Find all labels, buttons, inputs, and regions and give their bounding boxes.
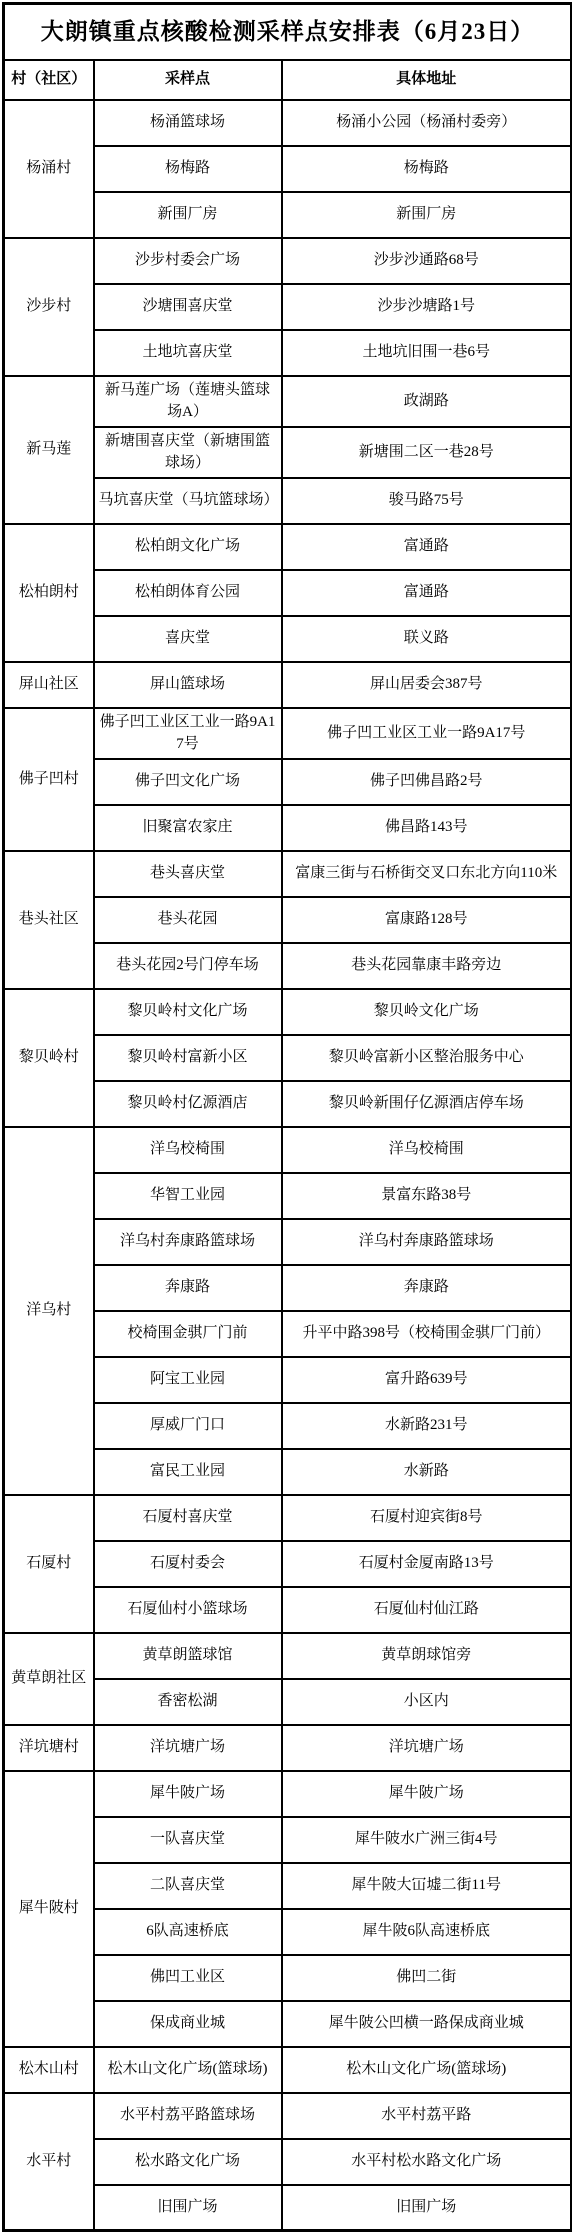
address-cell: 黎贝岭新围仔亿源酒店停车场 [282,1081,572,1127]
sampling-point-cell: 巷头喜庆堂 [94,851,282,897]
sampling-point-cell: 佛凹工业区 [94,1955,282,2001]
address-cell: 联义路 [282,616,572,662]
village-cell: 洋乌村 [4,1127,94,1495]
sampling-point-cell: 香密松湖 [94,1679,282,1725]
address-cell: 屏山居委会387号 [282,662,572,708]
address-cell: 富康路128号 [282,897,572,943]
address-cell: 犀牛陂广场 [282,1771,572,1817]
address-cell: 升平中路398号（校椅围金骐厂门前） [282,1311,572,1357]
sampling-point-cell: 华智工业园 [94,1173,282,1219]
sampling-point-cell: 杨梅路 [94,146,282,192]
sampling-point-cell: 土地坑喜庆堂 [94,330,282,376]
address-cell: 新塘围二区一巷28号 [282,427,572,478]
village-cell: 黄草朗社区 [4,1633,94,1725]
village-cell: 松木山村 [4,2047,94,2093]
sampling-point-cell: 黎贝岭村亿源酒店 [94,1081,282,1127]
address-cell: 景富东路38号 [282,1173,572,1219]
sampling-point-cell: 6队高速桥底 [94,1909,282,1955]
village-cell: 屏山社区 [4,662,94,708]
address-cell: 佛子凹佛昌路2号 [282,759,572,805]
village-cell: 犀牛陂村 [4,1771,94,2047]
table-body: 杨涌村杨涌篮球场杨涌小公园（杨涌村委旁）杨梅路杨梅路新围厂房新围厂房沙步村沙步村… [4,100,572,2231]
sampling-point-cell: 沙步村委会广场 [94,238,282,284]
address-cell: 佛昌路143号 [282,805,572,851]
table-row: 水平村水平村荔平路篮球场水平村荔平路 [4,2093,572,2139]
address-cell: 犀牛陂水广洲三街4号 [282,1817,572,1863]
address-cell: 沙步沙通路68号 [282,238,572,284]
sampling-point-cell: 黎贝岭村文化广场 [94,989,282,1035]
sampling-point-cell: 保成商业城 [94,2001,282,2047]
village-cell: 松柏朗村 [4,524,94,662]
sampling-point-cell: 洋乌村奔康路篮球场 [94,1219,282,1265]
sampling-point-cell: 佛子凹文化广场 [94,759,282,805]
address-cell: 富通路 [282,524,572,570]
column-header-village: 村（社区） [4,60,94,100]
sampling-point-cell: 新马莲广场（莲塘头篮球场A） [94,376,282,427]
table-row: 杨涌村杨涌篮球场杨涌小公园（杨涌村委旁） [4,100,572,146]
address-cell: 杨涌小公园（杨涌村委旁） [282,100,572,146]
village-cell: 洋坑塘村 [4,1725,94,1771]
address-cell: 政湖路 [282,376,572,427]
address-cell: 杨梅路 [282,146,572,192]
title-row: 大朗镇重点核酸检测采样点安排表（6月23日） [4,4,572,60]
sampling-point-cell: 厚威厂门口 [94,1403,282,1449]
sampling-point-cell: 沙塘围喜庆堂 [94,284,282,330]
village-cell: 新马莲 [4,376,94,524]
sampling-point-cell: 佛子凹工业区工业一路9A17号 [94,708,282,759]
column-header-address: 具体地址 [282,60,572,100]
sampling-point-cell: 杨涌篮球场 [94,100,282,146]
address-cell: 水新路 [282,1449,572,1495]
address-cell: 富升路639号 [282,1357,572,1403]
address-cell: 富康三街与石桥街交叉口东北方向110米 [282,851,572,897]
address-cell: 旧围广场 [282,2185,572,2231]
sampling-point-cell: 校椅围金骐厂门前 [94,1311,282,1357]
address-cell: 水平村荔平路 [282,2093,572,2139]
sampling-point-cell: 旧聚富农家庄 [94,805,282,851]
sampling-point-cell: 新塘围喜庆堂（新塘围篮球场） [94,427,282,478]
address-cell: 犀牛陂公凹横一路保成商业城 [282,2001,572,2047]
column-header-sampling-point: 采样点 [94,60,282,100]
table-row: 沙步村沙步村委会广场沙步沙通路68号 [4,238,572,284]
address-cell: 犀牛陂大冚墟二街11号 [282,1863,572,1909]
sampling-point-cell: 石厦村喜庆堂 [94,1495,282,1541]
sampling-point-cell: 犀牛陂广场 [94,1771,282,1817]
sampling-point-cell: 喜庆堂 [94,616,282,662]
address-cell: 洋坑塘广场 [282,1725,572,1771]
sampling-point-cell: 巷头花园2号门停车场 [94,943,282,989]
table-row: 犀牛陂村犀牛陂广场犀牛陂广场 [4,1771,572,1817]
table-row: 佛子凹村佛子凹工业区工业一路9A17号佛子凹工业区工业一路9A17号 [4,708,572,759]
village-cell: 石厦村 [4,1495,94,1633]
address-cell: 黄草朗球馆旁 [282,1633,572,1679]
address-cell: 奔康路 [282,1265,572,1311]
address-cell: 新围厂房 [282,192,572,238]
address-cell: 黎贝岭文化广场 [282,989,572,1035]
sampling-point-cell: 二队喜庆堂 [94,1863,282,1909]
table-row: 洋乌村洋乌校椅围洋乌校椅围 [4,1127,572,1173]
sampling-point-cell: 水平村荔平路篮球场 [94,2093,282,2139]
village-cell: 沙步村 [4,238,94,376]
village-cell: 杨涌村 [4,100,94,238]
address-cell: 佛子凹工业区工业一路9A17号 [282,708,572,759]
table-row: 松木山村松木山文化广场(篮球场)松木山文化广场(篮球场) [4,2047,572,2093]
address-cell: 骏马路75号 [282,478,572,524]
address-cell: 洋乌村奔康路篮球场 [282,1219,572,1265]
sampling-point-cell: 松水路文化广场 [94,2139,282,2185]
address-cell: 土地坑旧围一巷6号 [282,330,572,376]
table-row: 新马莲新马莲广场（莲塘头篮球场A）政湖路 [4,376,572,427]
sampling-point-cell: 松柏朗体育公园 [94,570,282,616]
sampling-point-cell: 马坑喜庆堂（马坑篮球场） [94,478,282,524]
table-row: 黄草朗社区黄草朗篮球馆黄草朗球馆旁 [4,1633,572,1679]
address-cell: 水新路231号 [282,1403,572,1449]
village-cell: 佛子凹村 [4,708,94,851]
sampling-point-cell: 石厦村委会 [94,1541,282,1587]
page-title: 大朗镇重点核酸检测采样点安排表（6月23日） [4,4,572,60]
address-cell: 佛凹二街 [282,1955,572,2001]
table-row: 松柏朗村松柏朗文化广场富通路 [4,524,572,570]
sampling-point-cell: 阿宝工业园 [94,1357,282,1403]
sampling-point-cell: 黄草朗篮球馆 [94,1633,282,1679]
address-cell: 石厦村金厦南路13号 [282,1541,572,1587]
sampling-point-cell: 旧围广场 [94,2185,282,2231]
village-cell: 水平村 [4,2093,94,2231]
document-page: 大朗镇重点核酸检测采样点安排表（6月23日） 村（社区） 采样点 具体地址 杨涌… [0,0,572,2234]
table-row: 黎贝岭村黎贝岭村文化广场黎贝岭文化广场 [4,989,572,1035]
sampling-point-cell: 新围厂房 [94,192,282,238]
sampling-point-cell: 巷头花园 [94,897,282,943]
village-cell: 黎贝岭村 [4,989,94,1127]
address-cell: 黎贝岭富新小区整治服务中心 [282,1035,572,1081]
address-cell: 沙步沙塘路1号 [282,284,572,330]
column-header-row: 村（社区） 采样点 具体地址 [4,60,572,100]
sampling-point-cell: 富民工业园 [94,1449,282,1495]
sampling-point-cell: 松柏朗文化广场 [94,524,282,570]
sampling-point-cell: 奔康路 [94,1265,282,1311]
address-cell: 洋乌校椅围 [282,1127,572,1173]
address-cell: 石厦仙村仙江路 [282,1587,572,1633]
address-cell: 松木山文化广场(篮球场) [282,2047,572,2093]
address-cell: 犀牛陂6队高速桥底 [282,1909,572,1955]
sampling-point-cell: 洋乌校椅围 [94,1127,282,1173]
sampling-point-cell: 屏山篮球场 [94,662,282,708]
village-cell: 巷头社区 [4,851,94,989]
address-cell: 石厦村迎宾街8号 [282,1495,572,1541]
sampling-point-cell: 一队喜庆堂 [94,1817,282,1863]
sampling-point-cell: 石厦仙村小篮球场 [94,1587,282,1633]
sampling-point-cell: 黎贝岭村富新小区 [94,1035,282,1081]
sampling-point-cell: 松木山文化广场(篮球场) [94,2047,282,2093]
address-cell: 小区内 [282,1679,572,1725]
table-row: 屏山社区屏山篮球场屏山居委会387号 [4,662,572,708]
table-row: 洋坑塘村洋坑塘广场洋坑塘广场 [4,1725,572,1771]
address-cell: 富通路 [282,570,572,616]
address-cell: 水平村松水路文化广场 [282,2139,572,2185]
address-cell: 巷头花园靠康丰路旁边 [282,943,572,989]
table-row: 巷头社区巷头喜庆堂富康三街与石桥街交叉口东北方向110米 [4,851,572,897]
sampling-points-table: 大朗镇重点核酸检测采样点安排表（6月23日） 村（社区） 采样点 具体地址 杨涌… [2,2,572,2232]
table-row: 石厦村石厦村喜庆堂石厦村迎宾街8号 [4,1495,572,1541]
sampling-point-cell: 洋坑塘广场 [94,1725,282,1771]
